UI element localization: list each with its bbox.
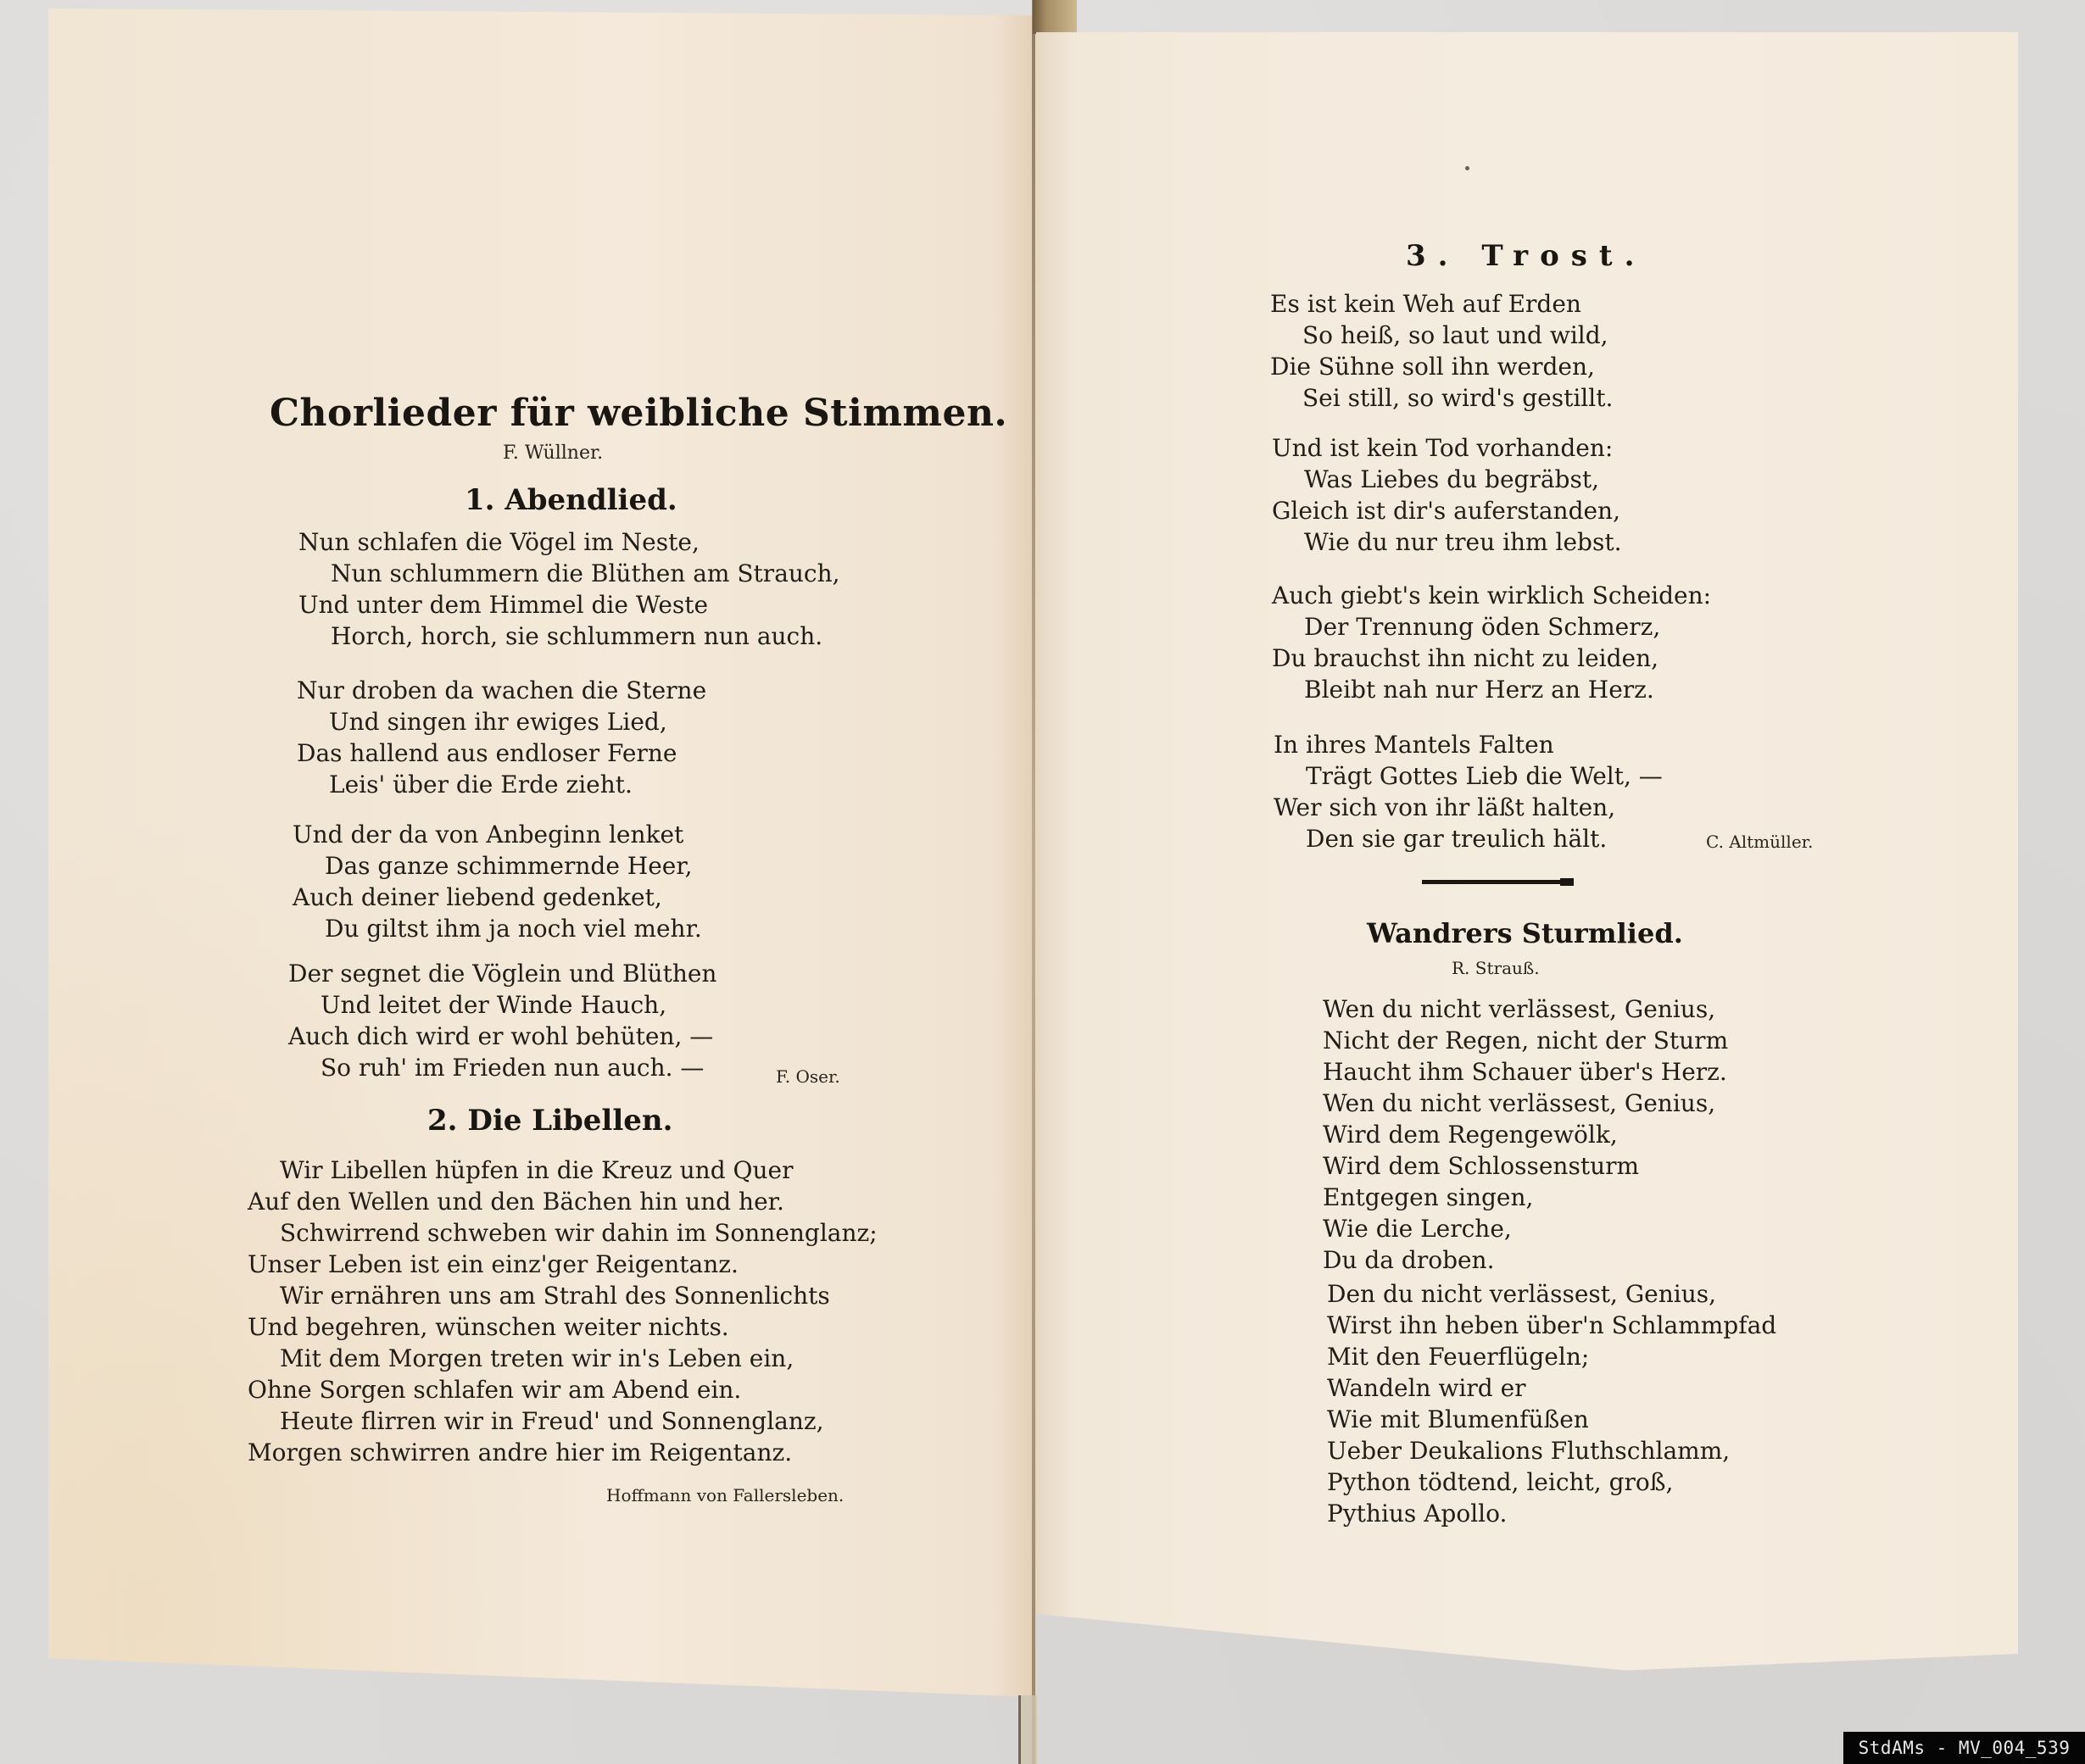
verse-line: Die Sühne soll ihn werden,: [1270, 351, 1613, 382]
verse-line: Leis' über die Erde zieht.: [297, 769, 706, 800]
verse-line: Wir Libellen hüpfen in die Kreuz und Que…: [248, 1155, 878, 1186]
verse-line: Wandeln wird er: [1327, 1372, 1776, 1404]
verse-line: Was Liebes du begräbst,: [1272, 464, 1621, 495]
verse-line: Der Trennung öden Schmerz,: [1272, 611, 1711, 643]
verse-line: Sei still, so wird's gestillt.: [1270, 382, 1613, 414]
verse-line: Ohne Sorgen schlafen wir am Abend ein.: [248, 1374, 878, 1405]
verse-line: Den du nicht verlässest, Genius,: [1327, 1278, 1776, 1310]
verse-line: Wird dem Schlossensturm: [1323, 1150, 1728, 1182]
song-title-libellen: 2. Die Libellen.: [427, 1104, 672, 1138]
stanza-trost-1: Es ist kein Weh auf Erden So heiß, so la…: [1270, 288, 1613, 414]
composer-credit-strauss: R. Strauß.: [1452, 958, 1540, 978]
print-speck: [1465, 166, 1469, 170]
stanza-abendlied-2: Nur droben da wachen die Sterne Und sing…: [297, 675, 706, 800]
verse-line: So ruh' im Frieden nun auch. —: [288, 1052, 716, 1083]
verse-line: Du da droben.: [1323, 1244, 1728, 1276]
verse-line: Schwirrend schweben wir dahin im Sonneng…: [248, 1217, 878, 1249]
archive-id-label: StdAMs - MV_004_539: [1843, 1732, 2085, 1764]
stanza-abendlied-3: Und der da von Anbeginn lenket Das ganze…: [293, 819, 702, 944]
verse-line: Nur droben da wachen die Sterne: [297, 675, 706, 706]
verse-line: Wirst ihn heben über'n Schlammpfad: [1327, 1310, 1776, 1341]
main-title: Chorlieder für weibliche Stimmen.: [270, 392, 1007, 435]
verse-line: Und unter dem Himmel die Weste: [298, 589, 840, 620]
verse-line: Wir ernähren uns am Strahl des Sonnenlic…: [248, 1280, 878, 1311]
author-credit-fallersleben: Hoffmann von Fallersleben.: [606, 1485, 844, 1505]
stanza-trost-4: In ihres Mantels Falten Trägt Gottes Lie…: [1274, 729, 1663, 854]
verse-line: Das hallend aus endloser Ferne: [297, 737, 706, 769]
verse-line: Wen du nicht verlässest, Genius,: [1323, 993, 1728, 1025]
stanza-sturmlied-1: Wen du nicht verlässest, Genius, Nicht d…: [1323, 993, 1728, 1276]
verse-line: Wie die Lerche,: [1323, 1213, 1728, 1244]
stanza-abendlied-4: Der segnet die Vöglein und Blüthen Und l…: [288, 958, 716, 1083]
verse-line: Den sie gar treulich hält.: [1274, 823, 1663, 854]
verse-line: Morgen schwirren andre hier im Reigentan…: [248, 1437, 878, 1468]
verse-line: Horch, horch, sie schlummern nun auch.: [298, 620, 840, 652]
verse-line: Und ist kein Tod vorhanden:: [1272, 432, 1621, 464]
verse-line: Du brauchst ihn nicht zu leiden,: [1272, 643, 1711, 674]
book-gutter: [1032, 0, 1035, 1764]
verse-line: Es ist kein Weh auf Erden: [1270, 288, 1613, 320]
song-title-wandrers-sturmlied: Wandrers Sturmlied.: [1367, 917, 1683, 949]
verse-line: Nun schlafen die Vögel im Neste,: [298, 526, 840, 558]
verse-line: Der segnet die Vöglein und Blüthen: [288, 958, 716, 989]
verse-line: Trägt Gottes Lieb die Welt, —: [1274, 760, 1663, 792]
stanza-libellen: Wir Libellen hüpfen in die Kreuz und Que…: [248, 1155, 878, 1468]
verse-line: Auch dich wird er wohl behüten, —: [288, 1021, 716, 1052]
verse-line: Mit den Feuerflügeln;: [1327, 1341, 1776, 1372]
author-credit-altmueller: C. Altmüller.: [1706, 832, 1813, 852]
verse-line: Wen du nicht verlässest, Genius,: [1323, 1088, 1728, 1119]
author-credit-oser: F. Oser.: [776, 1066, 840, 1087]
verse-line: Gleich ist dir's auferstanden,: [1272, 495, 1621, 526]
verse-line: Unser Leben ist ein einz'ger Reigentanz.: [248, 1249, 878, 1280]
binding-strip-bottom: [1018, 1695, 1037, 1764]
song-title-abendlied: 1. Abendlied.: [465, 483, 677, 517]
stanza-abendlied-1: Nun schlafen die Vögel im Neste, Nun sch…: [298, 526, 840, 652]
verse-line: So heiß, so laut und wild,: [1270, 320, 1613, 351]
stanza-sturmlied-2: Den du nicht verlässest, Genius, Wirst i…: [1327, 1278, 1776, 1529]
verse-line: Entgegen singen,: [1323, 1182, 1728, 1213]
verse-line: Auch giebt's kein wirklich Scheiden:: [1272, 580, 1711, 611]
verse-line: Python tödtend, leicht, groß,: [1327, 1466, 1776, 1498]
verse-line: Haucht ihm Schauer über's Herz.: [1323, 1056, 1728, 1088]
verse-line: Und der da von Anbeginn lenket: [293, 819, 702, 850]
verse-line: Du giltst ihm ja noch viel mehr.: [293, 913, 702, 944]
verse-line: In ihres Mantels Falten: [1274, 729, 1663, 760]
verse-line: Und leitet der Winde Hauch,: [288, 989, 716, 1021]
verse-line: Bleibt nah nur Herz an Herz.: [1272, 674, 1711, 705]
section-divider-end: [1560, 878, 1574, 886]
verse-line: Und singen ihr ewiges Lied,: [297, 706, 706, 737]
verse-line: Wird dem Regengewölk,: [1323, 1119, 1728, 1150]
binding-strip: [1033, 0, 1077, 34]
verse-line: Heute flirren wir in Freud' und Sonnengl…: [248, 1405, 878, 1437]
section-divider: [1422, 880, 1566, 884]
verse-line: Mit dem Morgen treten wir in's Leben ein…: [248, 1343, 878, 1374]
verse-line: Wer sich von ihr läßt halten,: [1274, 792, 1663, 823]
verse-line: Und begehren, wünschen weiter nichts.: [248, 1311, 878, 1343]
verse-line: Nun schlummern die Blüthen am Strauch,: [298, 558, 840, 589]
verse-line: Nicht der Regen, nicht der Sturm: [1323, 1025, 1728, 1056]
stanza-trost-3: Auch giebt's kein wirklich Scheiden: Der…: [1272, 580, 1711, 705]
verse-line: Wie du nur treu ihm lebst.: [1272, 526, 1621, 558]
song-title-trost: 3. Trost.: [1406, 239, 1646, 273]
stanza-trost-2: Und ist kein Tod vorhanden: Was Liebes d…: [1272, 432, 1621, 558]
verse-line: Das ganze schimmernde Heer,: [293, 850, 702, 882]
verse-line: Auch deiner liebend gedenket,: [293, 882, 702, 913]
verse-line: Ueber Deukalions Fluthschlamm,: [1327, 1435, 1776, 1466]
verse-line: Wie mit Blumenfüßen: [1327, 1404, 1776, 1435]
composer-credit: F. Wüllner.: [503, 442, 603, 464]
verse-line: Auf den Wellen und den Bächen hin und he…: [248, 1186, 878, 1217]
verse-line: Pythius Apollo.: [1327, 1498, 1776, 1529]
